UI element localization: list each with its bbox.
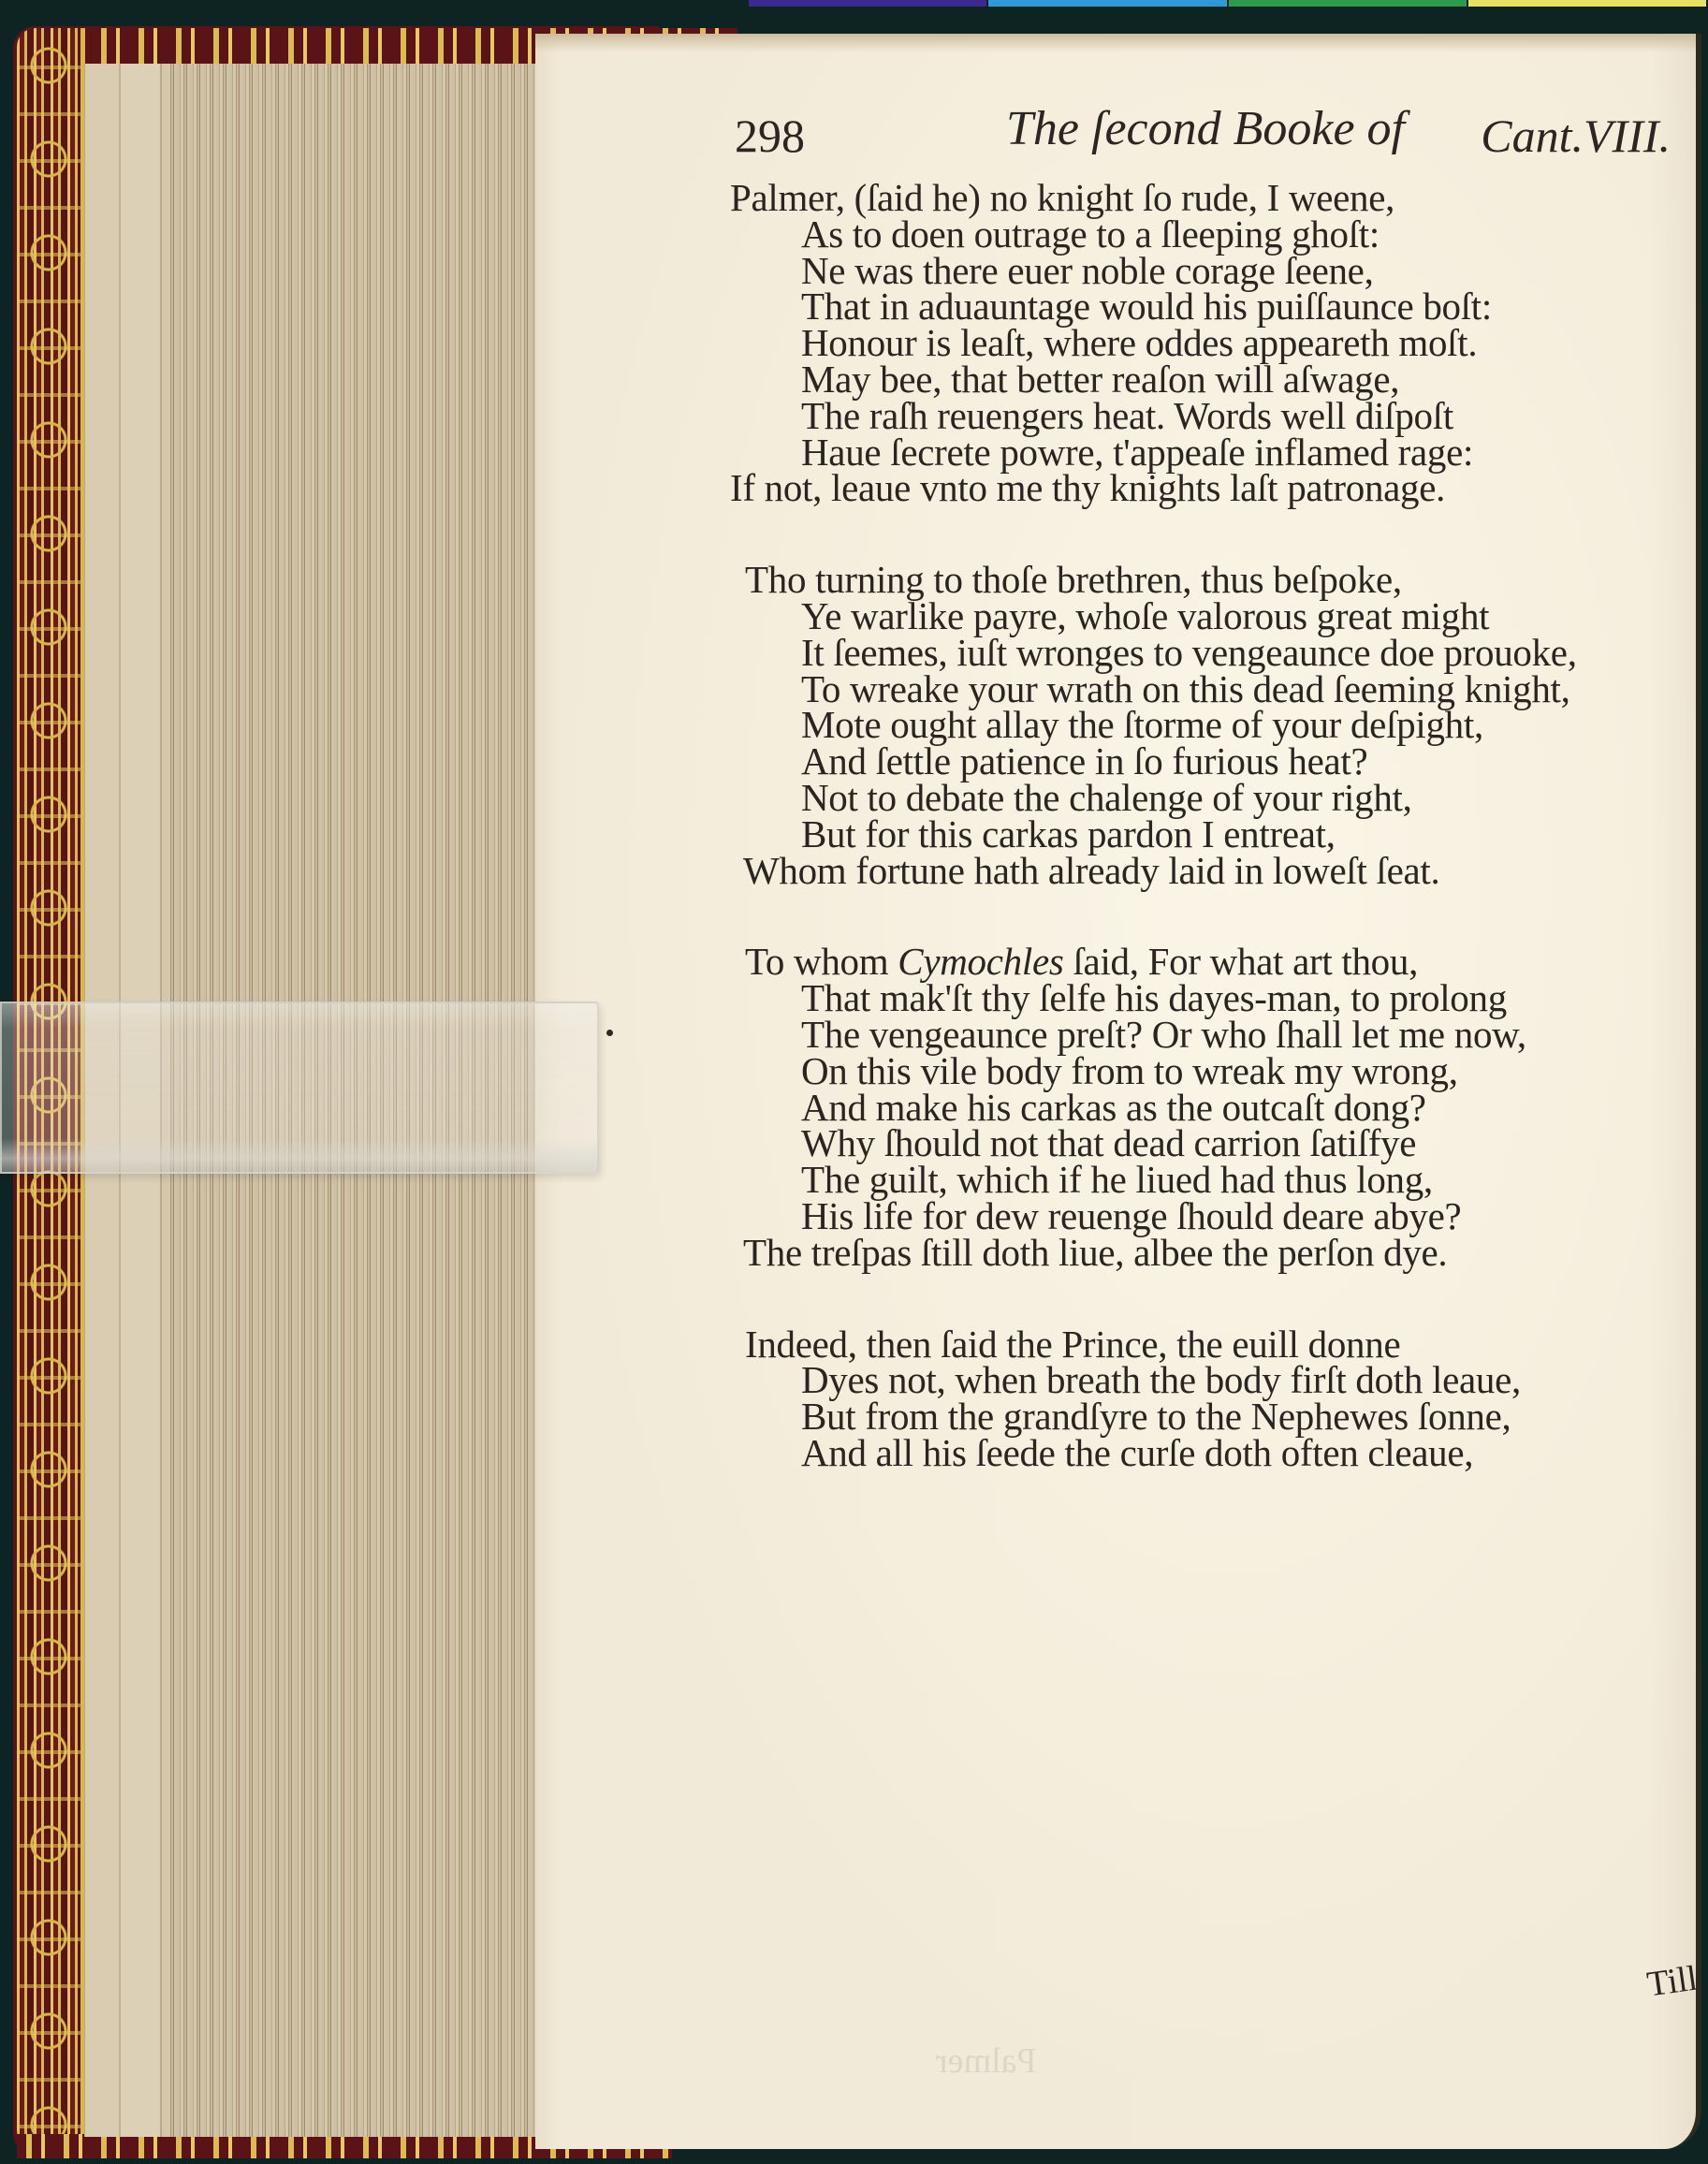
verse-line: That mak'ſt thy ſelfe his dayes-man, to …: [730, 980, 1694, 1016]
alexandrine-line: The treſpas ſtill doth liue, albee the p…: [730, 1235, 1694, 1271]
verse-line: Not to debate the chalenge of your right…: [730, 780, 1694, 816]
verse-line: On this vile body from to wreak my wrong…: [730, 1053, 1694, 1089]
stanza-4: Indeed, then ſaid the Prince, the euill …: [730, 1326, 1694, 1471]
page-weight-strip: [0, 1002, 599, 1174]
swatch-green: [1229, 0, 1468, 7]
verse-line: But for this carkas pardon I entreat,: [730, 816, 1694, 853]
verse-line: Mote ought allay the ſtorme of your deſp…: [730, 707, 1694, 743]
verse-line: And all his ſeede the curſe doth often c…: [730, 1435, 1694, 1471]
poem-text: Palmer, (ſaid he) no knight ſo rude, I w…: [730, 180, 1694, 1527]
verse-line: Honour is leaſt, where oddes appeareth m…: [730, 325, 1694, 361]
verse-line: The guilt, which if he liued had thus lo…: [730, 1162, 1694, 1198]
verse-line: Why ſhould not that dead carrion ſatiſfy…: [730, 1125, 1694, 1162]
verse-line: Tho turning to thoſe brethren, thus beſp…: [730, 562, 1694, 598]
show-through-text: Palmer: [936, 2040, 1037, 2082]
canto-label: Cant.VIII.: [1481, 109, 1671, 163]
verse-line: Palmer, (ſaid he) no knight ſo rude, I w…: [730, 180, 1694, 216]
verse-line: And make his carkas as the outcaſt dong?: [730, 1089, 1694, 1126]
running-head: 298 The ſecond Booke of Cant.VIII.: [735, 101, 1671, 176]
stanza-2: Tho turning to thoſe brethren, thus beſp…: [730, 562, 1694, 888]
verse-line: To wreake your wrath on this dead ſeemin…: [730, 671, 1694, 708]
page-number: 298: [735, 109, 805, 163]
paper-speck: [606, 1030, 613, 1036]
stanza-3: To whom Cymochles ſaid, For what art tho…: [730, 943, 1694, 1270]
catchword: Till: [1644, 1957, 1700, 2005]
swatch-yellow: [1468, 0, 1708, 7]
color-calibration-strip: [749, 0, 1708, 7]
verse-line: That in aduauntage would his puiſſaunce …: [730, 288, 1694, 325]
swatch-blue: [988, 0, 1228, 7]
alexandrine-line: If not, leaue vnto me thy knights laſt p…: [730, 470, 1694, 506]
verse-line: Ye warlike payre, whoſe valorous great m…: [730, 598, 1694, 635]
verse-line: As to doen outrage to a ſleeping ghoſt:: [730, 216, 1694, 253]
verse-line: Indeed, then ſaid the Prince, the euill …: [730, 1326, 1694, 1363]
verse-line: But from the grandſyre to the Nephewes ſ…: [730, 1398, 1694, 1435]
running-title: The ſecond Booke of: [1006, 101, 1405, 156]
verse-line: Haue ſecrete powre, t'appeaſe inflamed r…: [730, 434, 1694, 471]
verse-line: His life for dew reuenge ſhould deare ab…: [730, 1198, 1694, 1235]
verse-line: The raſh reuengers heat. Words well diſp…: [730, 398, 1694, 434]
verse-line: And ſettle patience in ſo furious heat?: [730, 743, 1694, 780]
verse-line: Dyes not, when breath the body firſt dot…: [730, 1362, 1694, 1398]
verse-line: It ſeemes, iuſt wronges to vengeaunce do…: [730, 635, 1694, 671]
verse-line: Ne was there euer noble corage ſeene,: [730, 253, 1694, 289]
verse-line: May bee, that better reaſon will aſwage,: [730, 361, 1694, 398]
swatch-purple: [749, 0, 988, 7]
verse-line: The vengeaunce preſt? Or who ſhall let m…: [730, 1016, 1694, 1053]
alexandrine-line: Whom fortune hath already laid in loweſt…: [730, 853, 1694, 889]
stanza-1: Palmer, (ſaid he) no knight ſo rude, I w…: [730, 180, 1694, 506]
verse-line: To whom Cymochles ſaid, For what art tho…: [730, 943, 1694, 980]
